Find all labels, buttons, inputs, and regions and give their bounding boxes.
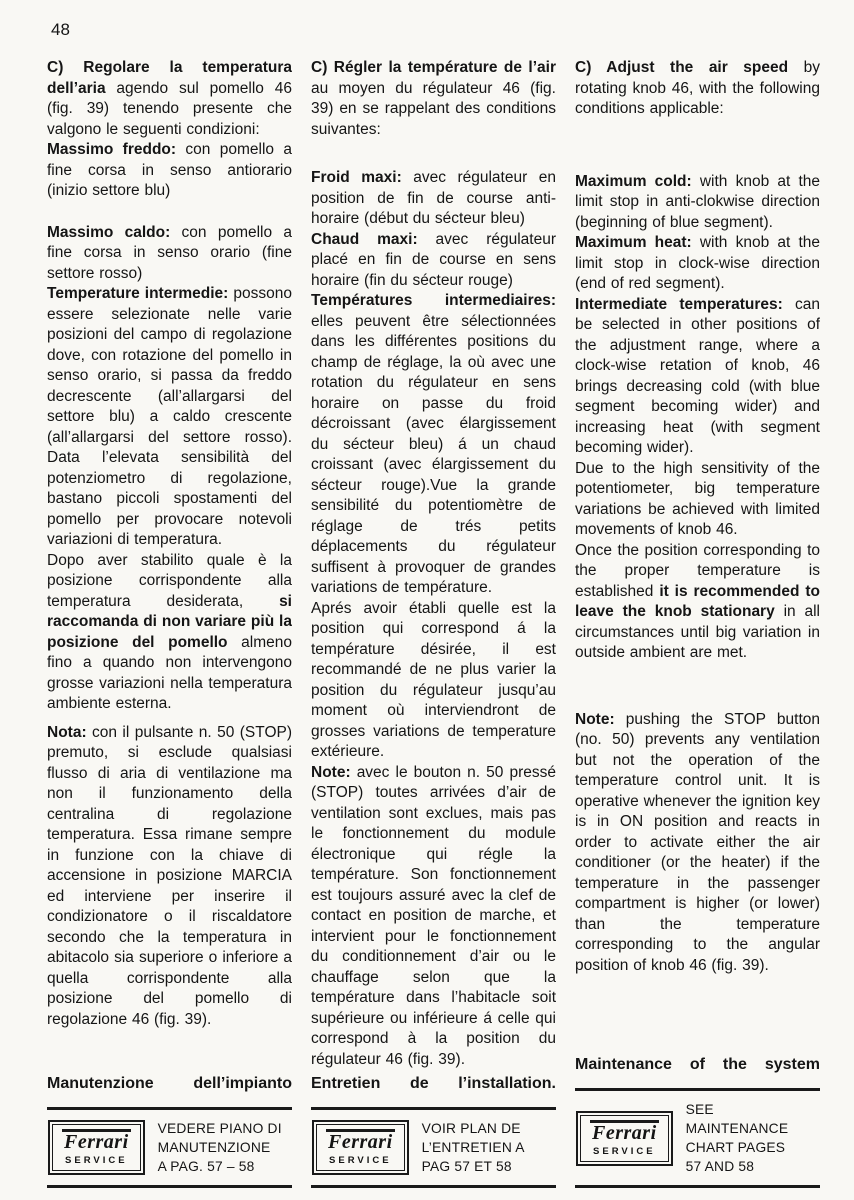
column-footer: Maintenance of the system Ferrari SERVIC… <box>575 1055 820 1188</box>
service-label: SERVICE <box>593 1146 656 1157</box>
ferrari-wordmark: Ferrari <box>62 1129 131 1153</box>
column-text: C) Regolare la temperatura dell’aria age… <box>47 58 292 1074</box>
column-text: C) Adjust the air speed by rotating knob… <box>575 58 820 1055</box>
paragraph: Maximum heat: with knob at the limit sto… <box>575 233 820 295</box>
service-note-line: L’ENTRETIEN A <box>422 1138 525 1157</box>
service-note-line: PAG 57 ET 58 <box>422 1157 525 1176</box>
ferrari-service-logo: Ferrari SERVICE <box>48 1120 145 1175</box>
section-heading: Maintenance of the system <box>575 1055 820 1075</box>
page-number: 48 <box>51 20 820 40</box>
paragraph: C) Adjust the air speed by rotating knob… <box>575 58 820 120</box>
paragraph: Chaud maxi: avec régulateur placé en fin… <box>311 230 556 292</box>
section-heading: Manutenzione dell’impianto <box>47 1074 292 1094</box>
paragraph: Temperature intermedie: possono essere s… <box>47 284 292 551</box>
service-note-line: VOIR PLAN DE <box>422 1119 525 1138</box>
service-note: Ferrari SERVICE VOIR PLAN DE L’ENTRETIEN… <box>311 1107 556 1188</box>
paragraph: Note: avec le bouton n. 50 pressé (STOP)… <box>311 763 556 1071</box>
ferrari-wordmark: Ferrari <box>590 1120 659 1144</box>
paragraph: Froid maxi: avec régulateur en position … <box>311 168 556 230</box>
service-note-text: SEE MAINTENANCE CHART PAGES 57 AND 58 <box>686 1100 819 1176</box>
paragraph: Note: pushing the STOP button (no. 50) p… <box>575 710 820 977</box>
service-note-text: VEDERE PIANO DI MANUTENZIONE A PAG. 57 –… <box>158 1119 282 1176</box>
service-note-text: VOIR PLAN DE L’ENTRETIEN A PAG 57 ET 58 <box>422 1119 525 1176</box>
service-note: Ferrari SERVICE SEE MAINTENANCE CHART PA… <box>575 1088 820 1188</box>
service-note-line: 57 AND 58 <box>686 1157 819 1176</box>
paragraph: Températures intermediaires: elles peuve… <box>311 291 556 599</box>
column-french: C) Régler la température de l’air au moy… <box>311 58 556 1188</box>
column-footer: Entretien de l’installation. Ferrari SER… <box>311 1074 556 1188</box>
paragraph: Intermediate temperatures: can be select… <box>575 295 820 459</box>
service-label: SERVICE <box>329 1155 392 1166</box>
column-text: C) Régler la température de l’air au moy… <box>311 58 556 1074</box>
paragraph: C) Regolare la temperatura dell’aria age… <box>47 58 292 140</box>
section-heading: Entretien de l’installation. <box>311 1074 556 1094</box>
manual-page: 48 C) Regolare la temperatura dell’aria … <box>0 0 854 1200</box>
column-english: C) Adjust the air speed by rotating knob… <box>575 58 820 1188</box>
paragraph: Massimo caldo: con pomello a fine corsa … <box>47 223 292 285</box>
ferrari-service-logo: Ferrari SERVICE <box>576 1111 673 1166</box>
column-footer: Manutenzione dell’impianto Ferrari SERVI… <box>47 1074 292 1188</box>
paragraph: Massimo freddo: con pomello a fine corsa… <box>47 140 292 202</box>
paragraph: Once the position corresponding to the p… <box>575 541 820 664</box>
paragraph: Due to the high sensitivity of the poten… <box>575 459 820 541</box>
service-note-line: VEDERE PIANO DI <box>158 1119 282 1138</box>
service-note-line: A PAG. 57 – 58 <box>158 1157 282 1176</box>
paragraph: Dopo aver stabilito quale è la posizione… <box>47 551 292 715</box>
service-note: Ferrari SERVICE VEDERE PIANO DI MANUTENZ… <box>47 1107 292 1188</box>
paragraph: Nota: con il pulsante n. 50 (STOP) premu… <box>47 723 292 1031</box>
service-note-line: CHART PAGES <box>686 1138 819 1157</box>
service-label: SERVICE <box>65 1155 128 1166</box>
ferrari-service-logo: Ferrari SERVICE <box>312 1120 409 1175</box>
ferrari-wordmark: Ferrari <box>326 1129 395 1153</box>
column-italian: C) Regolare la temperatura dell’aria age… <box>47 58 292 1188</box>
paragraph: Maximum cold: with knob at the limit sto… <box>575 172 820 234</box>
service-note-line: MANUTENZIONE <box>158 1138 282 1157</box>
service-note-line: SEE MAINTENANCE <box>686 1100 819 1138</box>
paragraph: Aprés avoir établi quelle est la positio… <box>311 599 556 763</box>
three-column-layout: C) Regolare la temperatura dell’aria age… <box>47 58 820 1200</box>
paragraph: C) Régler la température de l’air au moy… <box>311 58 556 140</box>
